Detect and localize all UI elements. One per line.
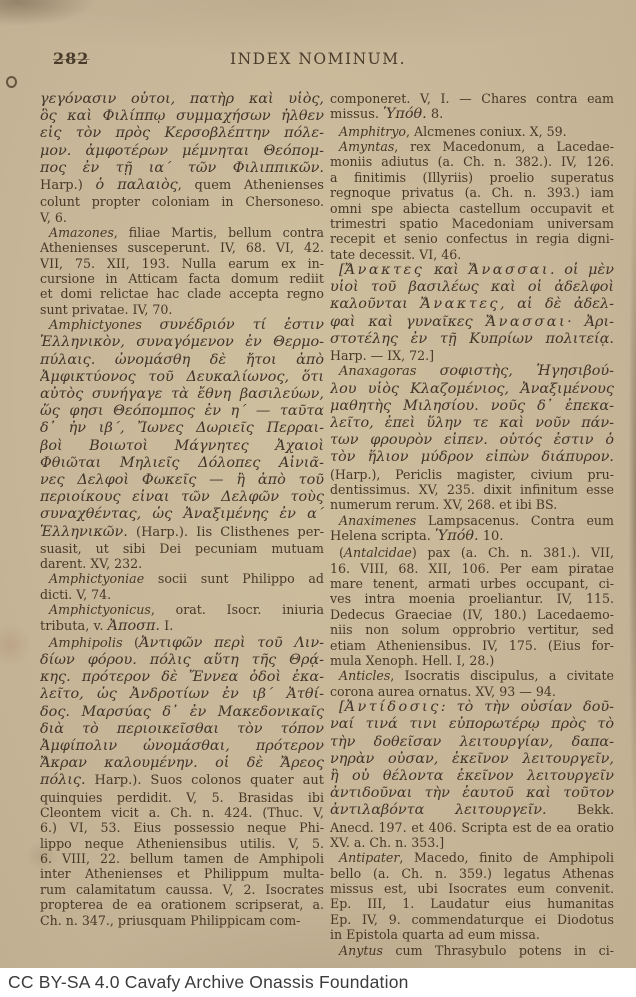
text-line: Ep. IV, 9. commendaturque ei Diodotus: [330, 912, 614, 927]
text-line: suasit, ut sibi Dei pecuniam mutuam: [40, 541, 324, 556]
text-line: στοτέλης ἐν τῇ Κυπρίων πολιτείᾳ.: [330, 331, 614, 348]
text-line: Φθιῶται Μηλιεῖς Δόλοπες Αἰνιᾶ-: [40, 455, 324, 472]
text-line: Dedecus Graeciae (IV, 180.) Lacedaemo-: [330, 607, 614, 622]
text-line: Amphictyoniae socii sunt Philippo ad: [40, 571, 324, 586]
text-line: Anaxagoras σοφιστὴς, Ἡγησιβού-: [330, 363, 614, 380]
text-line: regnoque privatus (a. Ch. n. 393.) iam: [330, 185, 614, 200]
text-line: et domi relictae hac clade accepta regno: [40, 286, 324, 301]
text-line: tate decessit. VI, 46.: [330, 247, 614, 262]
text-line: τὸν ἥλιον μύδρον εἰπὼν διάπυρον.: [330, 449, 614, 466]
text-line: υἱοὶ τοῦ βασιλέως καὶ οἱ ἀδελφοὶ: [330, 279, 614, 296]
text-line: XV. a. Ch. n. 353.]: [330, 835, 614, 850]
text-line: ἢ οὐ θέλοντα ἐκεῖνον λειτουργεῖν: [330, 768, 614, 785]
text-line: etiam Atheniensibus. IV, 175. (Eius for-: [330, 638, 614, 653]
text-line: Harp.) ὁ παλαιὸς, quem Athenienses: [40, 177, 324, 194]
text-line: missus est, ubi Isocrates eum convenit.: [330, 881, 614, 896]
text-line: rum calamitatum caussa. V, 2. Isocrates: [40, 882, 324, 897]
text-line: Ch. n. 347., priusquam Philippicam com-: [40, 913, 324, 928]
text-line: dentissimus. XV, 235. dixit infinitum es…: [330, 482, 614, 497]
text-line: moniis adiutus (a. Ch. n. 382.). IV, 126…: [330, 154, 614, 169]
text-line: sunt privatae. IV, 70.: [40, 302, 324, 317]
text-line: νηρὰν οὖσαν, ἐκεῖνον λειτουργεῖν,: [330, 751, 614, 768]
text-line: mare tenent, armati urbes occupant, ci-: [330, 576, 614, 591]
text-line: Anticles, Isocratis discipulus, a civita…: [330, 668, 614, 683]
text-line: inter Athenienses et Philippum multa-: [40, 866, 324, 881]
text-line: αὐτὸς συνήγαγε τὰ ἔθνη βασιλεύων,: [40, 386, 324, 403]
text-line: Ἄκραν καλουμένην. οἱ δὲ Ἄρεος: [40, 755, 324, 772]
text-line: (Antalcidae) pax (a. Ch. n. 381.). VII,: [330, 545, 614, 560]
text-line: ὥς φησι Θεόπομπος ἐν η´ — ταῦτα: [40, 403, 324, 420]
text-line: Ἀμφικτύονος τοῦ Δευκαλίωνος, ὅτι: [40, 369, 324, 386]
text-line: συναχθέντας, ὡς Ἀναξιμένης ἐν α´: [40, 506, 324, 523]
ink-spot-mark: [6, 76, 17, 88]
text-line: πος ἐν τῇ ια´ τῶν Φιλιππικῶν.: [40, 160, 324, 177]
text-line: colunt propter coloniam in Chersoneso.: [40, 194, 324, 209]
text-line: εἰς τὸν πρὸς Κερσοβλέπτην πόλε-: [40, 125, 324, 142]
text-line: πόλις. Harp.). Suos colonos quater aut: [40, 772, 324, 789]
text-line: περιοίκους εἶναι τῶν Δελφῶν τοὺς: [40, 489, 324, 506]
text-line: λου υἱὸς Κλαζομένιος, Ἀναξιμένους: [330, 381, 614, 398]
text-line: corona aurea ornatus. XV, 93 — 94.: [330, 684, 614, 699]
text-line: quinquies perdidit. V, 5. Brasidas ibi: [40, 790, 324, 805]
text-line: Amazones, filiae Martis, bellum contra: [40, 225, 324, 240]
text-line: Amyntas, rex Macedonum, a Lacedae-: [330, 139, 614, 154]
text-line: tributa, v. Ἀποσπ. I.: [40, 618, 324, 635]
text-line: κης. πρότερον δὲ Ἔννεα ὁδοὶ ἐκα-: [40, 669, 324, 686]
column-right: componeret. V, I. — Chares contra eammis…: [330, 91, 614, 958]
text-line: λεῖτο, ἐπεὶ ὕλην τε καὶ νοῦν πάν-: [330, 415, 614, 432]
text-line: διὰ τὸ περιοικεῖσθαι τὸν τόπον: [40, 721, 324, 738]
text-line: Ἑλληνικὸν, συναγόμενον ἐν Θερμο-: [40, 334, 324, 351]
text-line: mula Xenoph. Hell. I, 28.): [330, 653, 614, 668]
text-line: cursione in Atticam facta domum rediit: [40, 271, 324, 286]
text-line: niis non solum opprobrio vertitur, sed: [330, 622, 614, 637]
text-line: darent. XV, 232.: [40, 556, 324, 571]
text-line: Amphictyonicus, orat. Isocr. iniuria: [40, 602, 324, 617]
text-line: Amphictyones συνέδριόν τί ἐστιν: [40, 317, 324, 334]
text-line: ἀντιδοῦναι τὴν ἑαυτοῦ καὶ τοῦτον: [330, 785, 614, 802]
text-line: μον. ἀμφοτέρων μέμνηται Θεόπομ-: [40, 143, 324, 160]
text-line: δος. Μαρσύας δ᾽ ἐν Μακεδονικαῖς: [40, 704, 324, 721]
text-line: Amphitryo, Alcmenes coniux. X, 59.: [330, 124, 614, 139]
text-line: ναί τινά τινι εὐπορωτέρῳ πρὸς τὸ: [330, 716, 614, 733]
text-line: (Harp.), Periclis magister, civium pru-: [330, 467, 614, 482]
text-line: δίων φόρου. πόλις αὕτη τῆς Θρᾴ-: [40, 652, 324, 669]
text-line: recepit et senio confectus in regia dign…: [330, 231, 614, 246]
text-line: βοὶ Βοιωτοὶ Μάγνητες Ἀχαιοὶ: [40, 438, 324, 455]
text-line: Ἑλληνικῶν. (Harp.). Iis Clisthenes per-: [40, 524, 324, 541]
text-line: bello (a. Ch. n. 359.) legatus Athenas: [330, 866, 614, 881]
page-title: INDEX NOMINUM.: [0, 50, 636, 68]
text-line: Anecd. 197. et 406. Scripta est de ea or…: [330, 820, 614, 835]
text-line: Cleontem vicit a. Ch. n. 424. (Thuc. V,: [40, 805, 324, 820]
text-line: V, 6.: [40, 210, 324, 225]
text-line: μαθητὴς Μιλησίου. νοῦς δ᾽ ἐπεκα-: [330, 398, 614, 415]
text-line: lippo neque Atheniensibus utilis. V, 5.: [40, 836, 324, 851]
text-line: a finitimis (Illyriis) proelio superatus: [330, 170, 614, 185]
text-line: missus. Ὑπόθ. 8.: [330, 106, 614, 123]
text-line: 16. VIII, 68. XII, 106. Per eam piratae: [330, 561, 614, 576]
text-line: omni spe abiecta castellum occupavit et: [330, 201, 614, 216]
text-line: ves intra moenia proeliantur. IV, 115.: [330, 591, 614, 606]
text-line: [Ἀντίδοσις: τὸ τὴν οὐσίαν δοῦ-: [330, 699, 614, 716]
text-line: [Ἄνακτες καὶ Ἄνασσαι. οἱ μὲν: [330, 262, 614, 279]
text-line: 6.) VI, 53. Eius possessio neque Phi-: [40, 820, 324, 835]
text-line: λεῖτο, ὡς Ἀνδροτίων ἐν ιβ´ Ἀτθί-: [40, 686, 324, 703]
text-line: Ep. III, 1. Laudatur eius humanitas: [330, 896, 614, 911]
text-line: 6. VIII, 22. bellum tamen de Amphipoli: [40, 851, 324, 866]
text-line: πύλαις. ὠνομάσθη δὲ ἤτοι ἀπὸ: [40, 352, 324, 369]
text-line: Anaximenes Lampsacenus. Contra eum: [330, 513, 614, 528]
text-line: Amphipolis (Ἀντιφῶν περὶ τοῦ Λιν-: [40, 635, 324, 652]
text-line: propterea de ea orationem scripserat, a.: [40, 897, 324, 912]
text-line: γεγόνασιν οὗτοι, πατὴρ καὶ υἱὸς,: [40, 91, 324, 108]
text-line: ἀντιλαβόντα λειτουργεῖν. Bekk.: [330, 802, 614, 819]
text-line: Anytus cum Thrasybulo potens in ci-: [330, 943, 614, 958]
text-line: Antipater, Macedo, finito de Amphipoli: [330, 850, 614, 865]
license-text: CC BY-SA 4.0 Cavafy Archive Onassis Foun…: [0, 972, 409, 993]
text-line: VII, 75. XII, 193. Nulla earum ex in-: [40, 256, 324, 271]
text-line: ὃς καὶ Φιλίππῳ συμμαχήσων ἦλθεν: [40, 108, 324, 125]
text-line: φαὶ καὶ γυναῖκες Ἄνασσαι· Ἀρι-: [330, 314, 614, 331]
text-line: numerum rerum. XV, 268. et ibi BS.: [330, 497, 614, 512]
text-line: Harp. — IX, 72.]: [330, 348, 614, 363]
text-line: των φρουρὸν εἶπεν. οὗτός ἐστιν ὁ: [330, 432, 614, 449]
column-left: γεγόνασιν οὗτοι, πατὴρ καὶ υἱὸς,ὃς καὶ Φ…: [40, 91, 324, 928]
text-line: νες Δελφοὶ Φωκεῖς — ἢ ἀπὸ τοῦ: [40, 472, 324, 489]
text-line: Athenienses susceperunt. IV, 68. VI, 42.: [40, 240, 324, 255]
text-line: in Epistola quarta ad eum missa.: [330, 927, 614, 942]
text-line: Helena scripta. Ὑπόθ. 10.: [330, 528, 614, 545]
license-bar: CC BY-SA 4.0 Cavafy Archive Onassis Foun…: [0, 968, 636, 997]
text-line: καλοῦνται Ἄνακτες, αἱ δὲ ἀδελ-: [330, 296, 614, 313]
text-line: componeret. V, I. — Chares contra eam: [330, 91, 614, 106]
text-line: δ᾽ ἦν ιβ´, Ἴωνες Δωριεῖς Περραι-: [40, 420, 324, 437]
text-line: Ἀμφίπολιν ὠνομάσθαι, πρότερον: [40, 738, 324, 755]
text-line: trimestri spatio Macedoniam universam: [330, 216, 614, 231]
text-line: τὴν δοθεῖσαν λειτουργίαν, δαπα-: [330, 734, 614, 751]
text-line: dicti. V, 74.: [40, 587, 324, 602]
